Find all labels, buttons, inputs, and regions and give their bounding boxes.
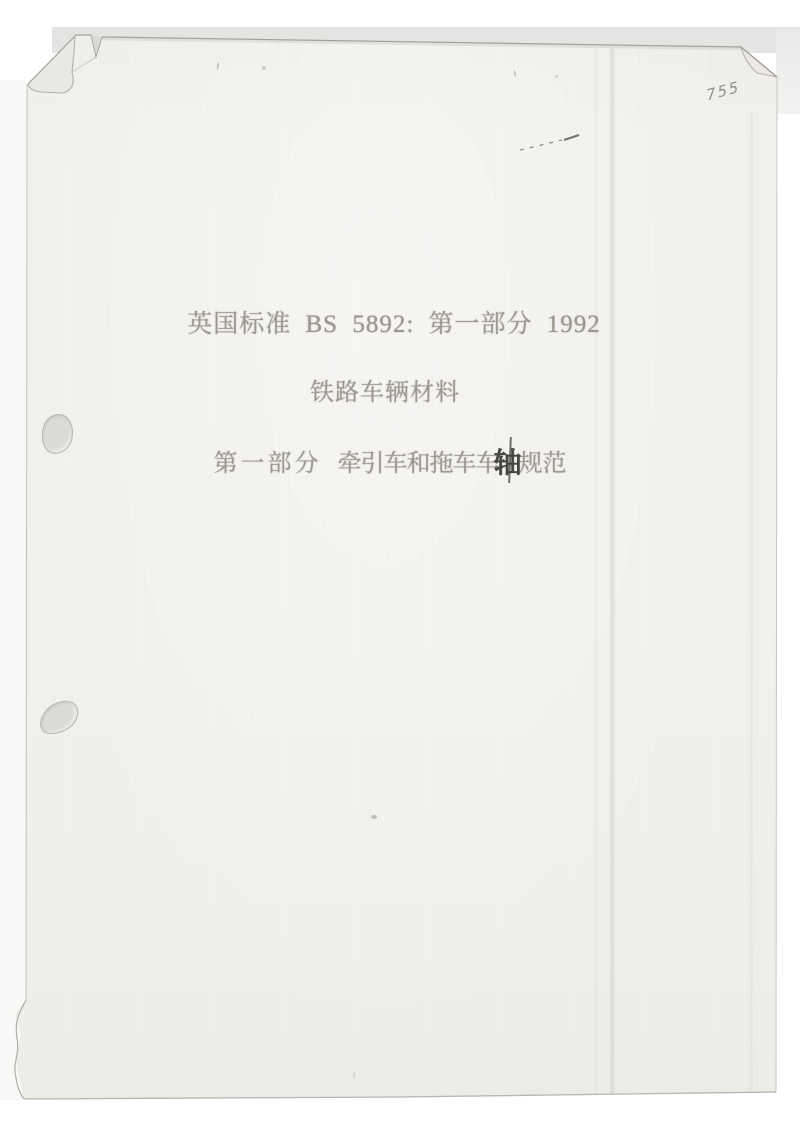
vertical-crease-faint	[594, 48, 599, 1094]
pencil-speck	[555, 75, 558, 78]
vertical-crease-right	[749, 112, 754, 1092]
vertical-crease	[609, 48, 616, 1094]
scanned-document-page: 英国标准 BS 5892: 第一部分 1992 铁路车辆材料 第一部分牵引车和拖…	[0, 0, 800, 1132]
paper-sheet: 英国标准 BS 5892: 第一部分 1992 铁路车辆材料 第一部分牵引车和拖…	[0, 0, 800, 1132]
scanner-background-left-margin	[0, 80, 26, 1100]
part-title-suffix: 规范	[519, 451, 567, 477]
title-line-part-name: 第一部分牵引车和拖车车轴规范	[0, 449, 790, 477]
scanner-background-right-band	[776, 30, 800, 114]
paper-speck	[371, 815, 377, 819]
scan-streaks-texture	[0, 0, 800, 1132]
part-label: 第一部分	[213, 451, 321, 477]
handwritten-correction-char: 轴	[493, 450, 521, 478]
title-line-standard-number: 英国标准 BS 5892: 第一部分 1992	[0, 312, 794, 337]
pencil-speck	[262, 66, 266, 70]
title-line-subject: 铁路车辆材料	[0, 381, 785, 405]
part-title-body: 牵引车和拖车车	[337, 451, 498, 477]
paper-speck	[353, 1072, 355, 1078]
